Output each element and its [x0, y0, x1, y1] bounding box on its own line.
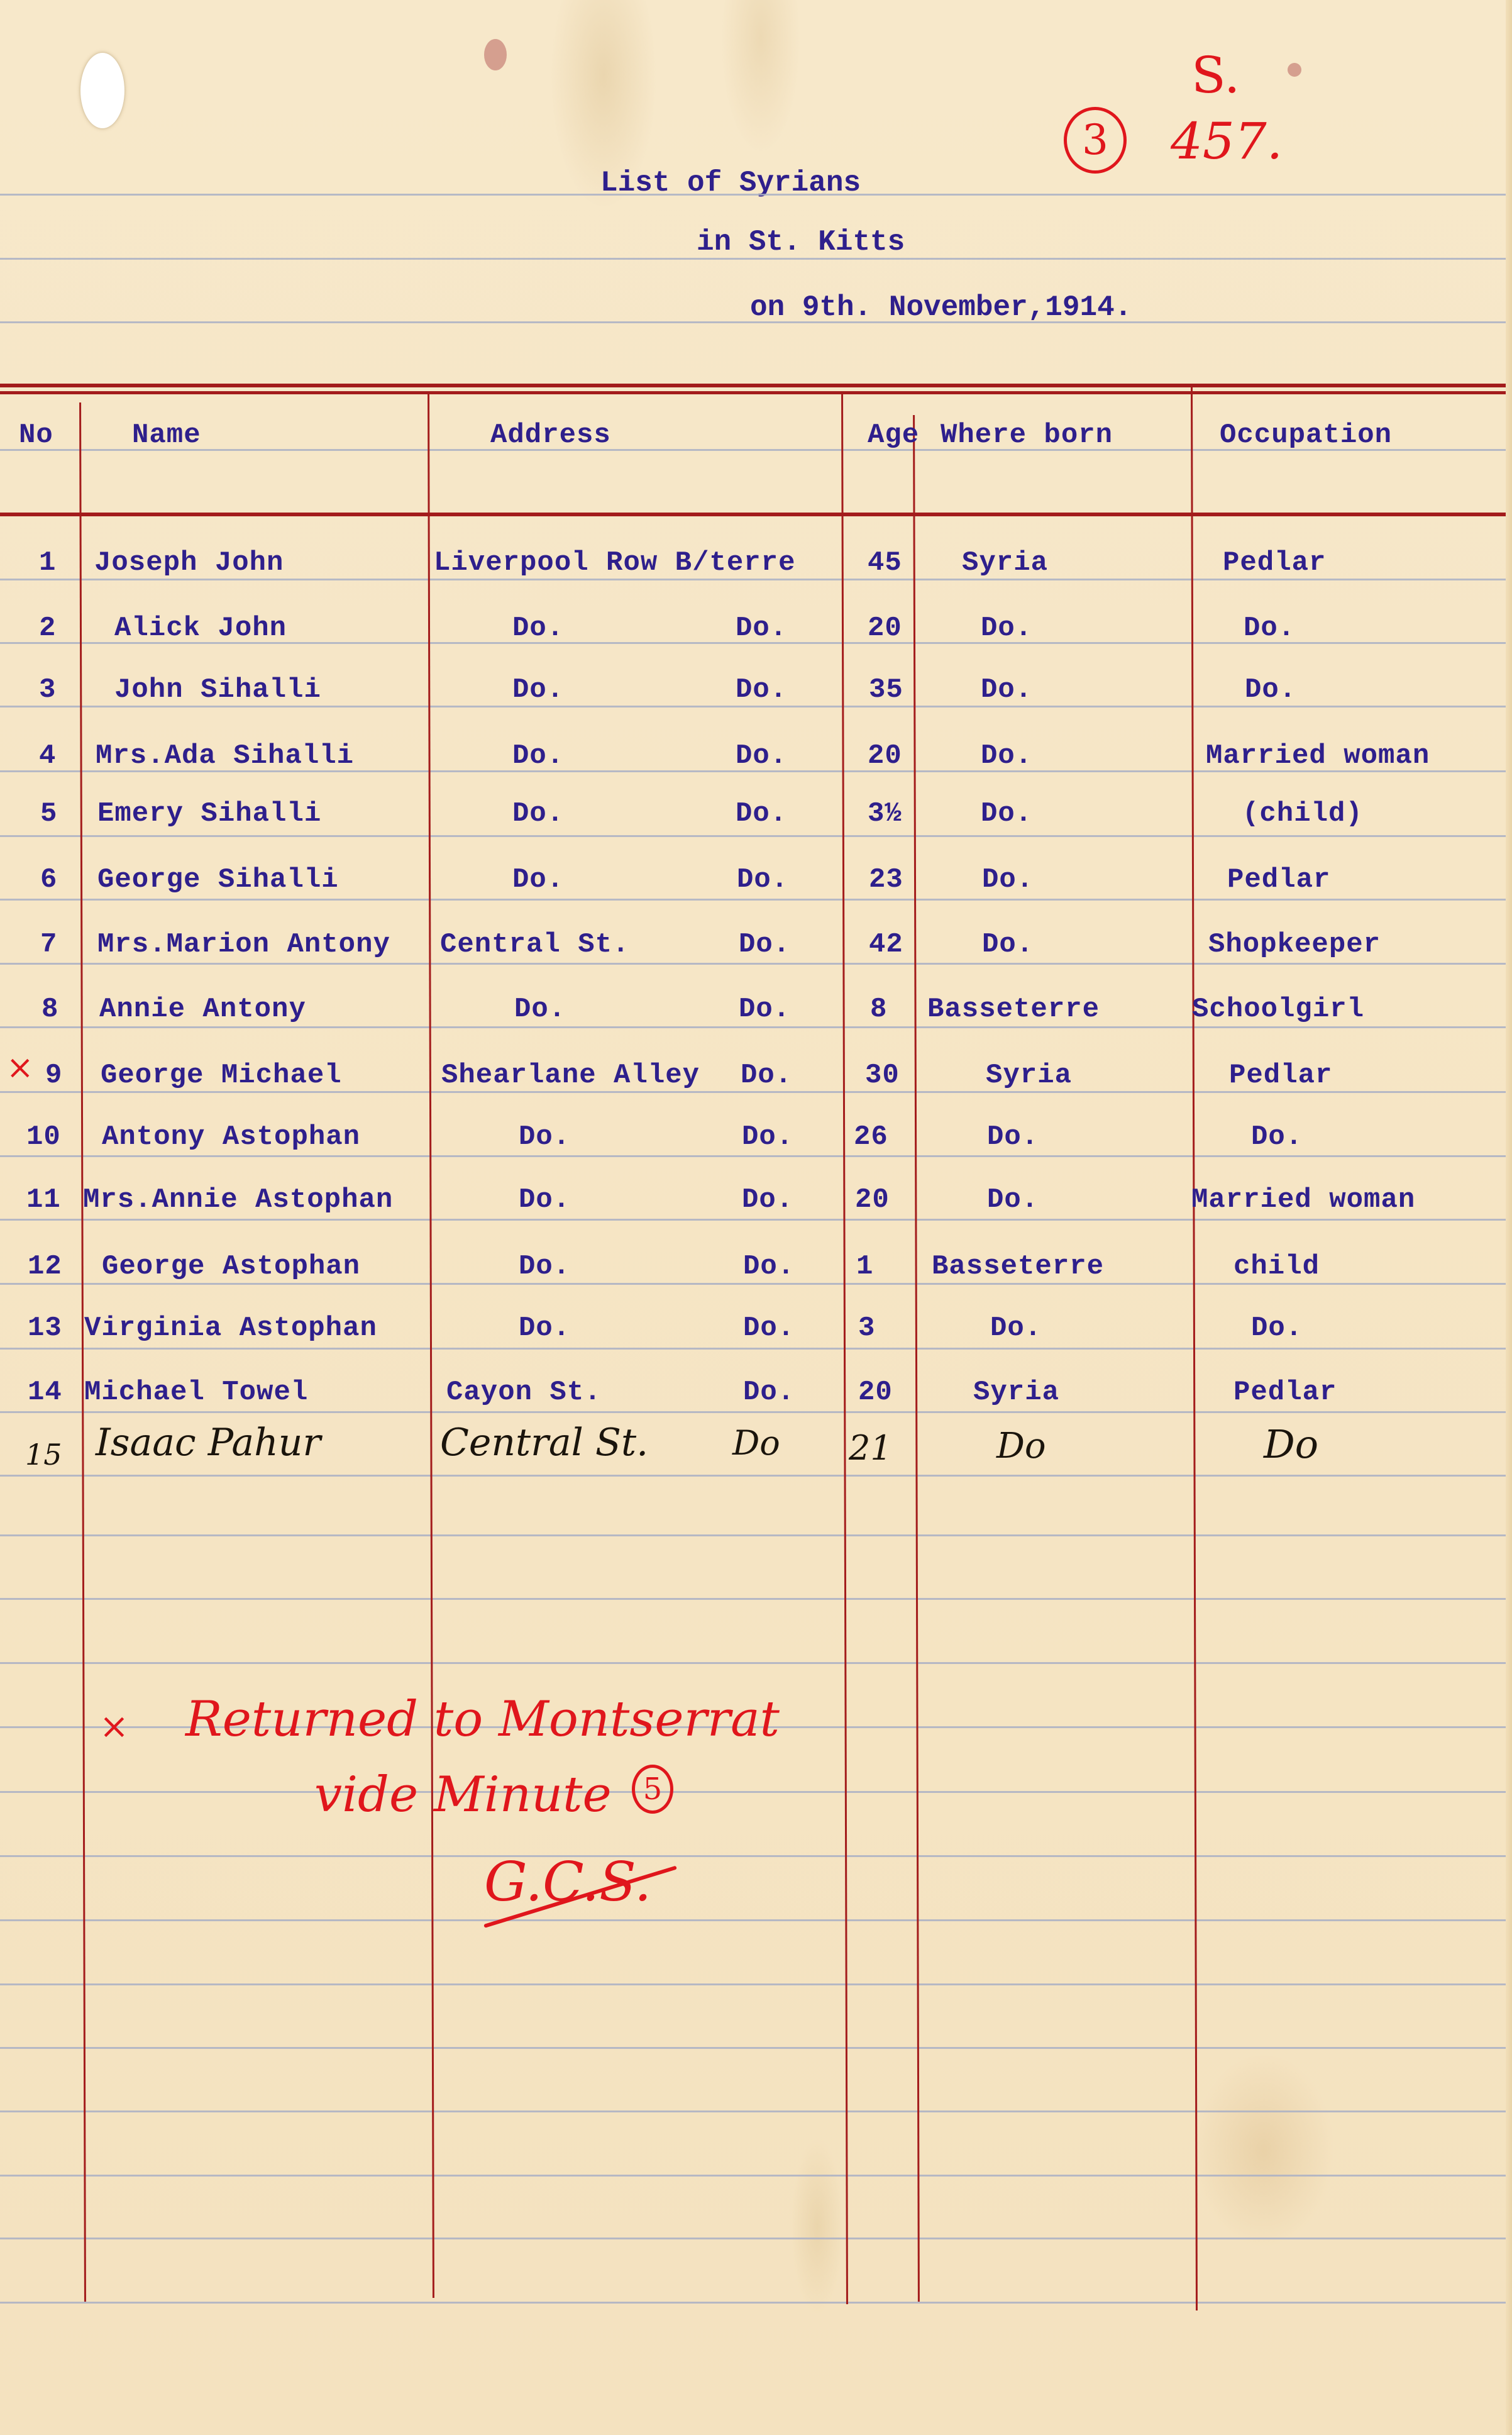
cell-age: 8 [870, 996, 887, 1023]
cell-occupation: Pedlar [1229, 1062, 1332, 1089]
cell-born: Syria [962, 549, 1048, 577]
cell-no: 14 [28, 1378, 62, 1406]
cell-born: Basseterre [927, 996, 1100, 1023]
cell-address: Shearlane Alley [441, 1062, 700, 1089]
cell-occupation: Schoolgirl [1192, 996, 1364, 1023]
cell-name: Annie Antony [99, 996, 306, 1023]
cell-born: Do. [981, 676, 1032, 704]
cell-address-town: Do. [737, 866, 788, 894]
cell-name: Mrs.Ada Sihalli [96, 742, 354, 770]
punch-hole [80, 53, 124, 128]
ruled-line [0, 963, 1506, 965]
cell-age: 1 [856, 1253, 873, 1280]
cell-name: George Sihalli [97, 866, 339, 894]
cell-no: 9 [45, 1062, 62, 1089]
cell-born: Do. [981, 800, 1032, 828]
cell-name: Mrs.Marion Antony [97, 931, 390, 958]
cell-address-town: Do. [741, 1062, 792, 1089]
cell-no: 4 [39, 742, 56, 770]
cell-address-town: Do. [736, 800, 787, 828]
cell-address-town: Do. [742, 1123, 793, 1151]
cell-address: Central St. [440, 1424, 648, 1462]
title-line-3: on 9th. November,1914. [750, 293, 1132, 322]
ruled-line [0, 1026, 1506, 1028]
cell-age: 21 [849, 1431, 892, 1465]
cell-address: Central St. [440, 931, 629, 958]
circled-number-icon: 3 [1064, 107, 1127, 174]
cell-age: 42 [869, 931, 903, 958]
cell-no: 1 [39, 549, 56, 577]
header-age: Age [868, 421, 919, 449]
cell-name: Virginia Astophan [84, 1314, 377, 1342]
ink-stain [484, 39, 507, 70]
ruled-line [0, 899, 1506, 901]
header-name: Name [132, 421, 201, 449]
cell-occupation: child [1233, 1253, 1320, 1280]
ruled-line [0, 1348, 1506, 1350]
cell-name: Joseph John [94, 549, 284, 577]
cell-born: Syria [986, 1062, 1072, 1089]
cell-address: Do. [519, 1253, 570, 1280]
cell-occupation: Do. [1251, 1123, 1303, 1151]
header-address: Address [490, 421, 611, 449]
column-rule-age-born [913, 415, 920, 2302]
cell-born: Do. [987, 1186, 1039, 1214]
table-top-rule-inner [0, 391, 1506, 394]
ruled-line [0, 2175, 1506, 2177]
cell-address-town: Do. [743, 1314, 795, 1342]
ruled-line [0, 1791, 1506, 1793]
ruled-line [0, 258, 1506, 260]
ruled-line [0, 1219, 1506, 1221]
cell-address-town: Do. [736, 742, 787, 770]
cell-name: John Sihalli [114, 676, 321, 704]
header-where-born: Where born [941, 421, 1113, 449]
table-top-rule [0, 384, 1506, 387]
cell-age: 20 [868, 614, 902, 642]
cell-address: Liverpool Row B/terre [434, 549, 796, 577]
cell-occupation: Pedlar [1227, 866, 1330, 894]
cell-born: Do. [981, 742, 1032, 770]
cell-no: 15 [25, 1440, 62, 1469]
annotation-letter: S. [1191, 50, 1240, 101]
cell-name: Mrs.Annie Astophan [83, 1186, 393, 1214]
column-rule-name-address [428, 392, 434, 2298]
cell-age: 20 [868, 742, 902, 770]
cell-address: Do. [519, 1186, 570, 1214]
cell-address: Do. [514, 996, 566, 1023]
cell-born: Syria [973, 1378, 1059, 1406]
cell-address: Do. [512, 614, 564, 642]
ruled-line [0, 579, 1506, 580]
cell-address-town: Do. [739, 996, 790, 1023]
cell-name: Alick John [114, 614, 287, 642]
ruled-line [0, 1091, 1506, 1093]
cell-no: 8 [41, 996, 58, 1023]
title-line-2: in St. Kitts [697, 228, 905, 257]
cell-no: 13 [28, 1314, 62, 1342]
cell-born: Do. [981, 614, 1032, 642]
cell-no: 12 [28, 1253, 62, 1280]
cell-born: Do. [990, 1314, 1042, 1342]
footnote-marker-icon: × [99, 1709, 129, 1744]
cell-occupation: Do. [1244, 614, 1295, 642]
cell-occupation: Do. [1245, 676, 1296, 704]
cell-address-town: Do. [742, 1186, 793, 1214]
cell-name: Isaac Pahur [96, 1424, 321, 1462]
cell-born: Do. [982, 866, 1034, 894]
ruled-line [0, 1155, 1506, 1157]
cell-occupation: Shopkeeper [1208, 931, 1381, 958]
cell-no: 7 [40, 931, 57, 958]
cell-name: Emery Sihalli [97, 800, 321, 828]
cell-address: Do. [512, 800, 564, 828]
cell-age: 20 [858, 1378, 893, 1406]
circled-number-icon: 5 [632, 1765, 673, 1814]
ruled-line [0, 1598, 1506, 1600]
cell-address: Do. [519, 1314, 570, 1342]
cell-age: 35 [869, 676, 903, 704]
ruled-line [0, 1411, 1506, 1413]
ruled-line [0, 2111, 1506, 2112]
cell-address-town: Do. [736, 676, 787, 704]
cell-address: Do. [512, 676, 564, 704]
annotation-file-number: 457. [1171, 116, 1283, 167]
cell-address: Do. [512, 742, 564, 770]
ruled-line [0, 706, 1506, 707]
cell-occupation: Pedlar [1223, 549, 1326, 577]
ruled-line [0, 2238, 1506, 2239]
cell-age: 26 [854, 1123, 888, 1151]
cell-no: 2 [39, 614, 56, 642]
cell-address-town: Do. [736, 614, 787, 642]
cell-age: 20 [855, 1186, 890, 1214]
header-bottom-rule [0, 513, 1506, 516]
ruled-line [0, 1534, 1506, 1536]
cell-born: Do. [982, 931, 1034, 958]
cell-age: 3 [858, 1314, 875, 1342]
cell-occupation: Pedlar [1233, 1378, 1337, 1406]
cell-age: 3½ [868, 800, 902, 828]
cell-name: Antony Astophan [102, 1123, 360, 1151]
cell-address-town: Do. [743, 1378, 795, 1406]
cell-no: 5 [40, 800, 57, 828]
cell-occupation: Married woman [1206, 742, 1430, 770]
cell-no: 10 [26, 1123, 61, 1151]
header-no: No [19, 421, 53, 449]
cell-occupation: Do [1264, 1425, 1318, 1464]
footnote-line-1: Returned to Montserrat [185, 1695, 780, 1744]
cell-address: Do. [512, 866, 564, 894]
cell-age: 30 [865, 1062, 900, 1089]
paper-edge [1506, 0, 1512, 2435]
cell-born: Do [996, 1429, 1046, 1464]
ruled-line [0, 2047, 1506, 2049]
cell-occupation: Married woman [1191, 1186, 1415, 1214]
cell-name: George Michael [101, 1062, 342, 1089]
ruled-line [0, 321, 1506, 323]
annotation-circled-number: 3 [1064, 107, 1127, 174]
removed-mark-icon: × [6, 1051, 34, 1084]
cell-age: 23 [869, 866, 903, 894]
footnote-circled-number: 5 [632, 1761, 673, 1814]
ruled-line [0, 1983, 1506, 1985]
cell-occupation: Do. [1251, 1314, 1303, 1342]
cell-address: Do. [519, 1123, 570, 1151]
ink-stain [1288, 63, 1301, 77]
cell-address-town: Do. [739, 931, 790, 958]
ruled-line [0, 1855, 1506, 1857]
cell-no: 3 [39, 676, 56, 704]
ruled-line [0, 1283, 1506, 1285]
cell-no: 6 [40, 866, 57, 894]
cell-age: 45 [868, 549, 902, 577]
column-rule-no-name [79, 402, 86, 2302]
ruled-line [0, 2302, 1506, 2304]
cell-address-town: Do [732, 1426, 780, 1460]
footnote-line-2: vide Minute [314, 1770, 612, 1819]
cell-occupation: (child) [1242, 800, 1363, 828]
cell-address: Cayon St. [446, 1378, 602, 1406]
cell-born: Do. [987, 1123, 1039, 1151]
cell-no: 11 [26, 1186, 61, 1214]
ruled-line [0, 1475, 1506, 1477]
cell-address-town: Do. [743, 1253, 795, 1280]
ruled-line [0, 1662, 1506, 1664]
cell-name: George Astophan [102, 1253, 360, 1280]
cell-name: Michael Towel [84, 1378, 308, 1406]
cell-born: Basseterre [932, 1253, 1104, 1280]
ruled-line [0, 194, 1506, 196]
ruled-line [0, 835, 1506, 837]
ruled-line [0, 1919, 1506, 1921]
header-occupation: Occupation [1220, 421, 1392, 449]
